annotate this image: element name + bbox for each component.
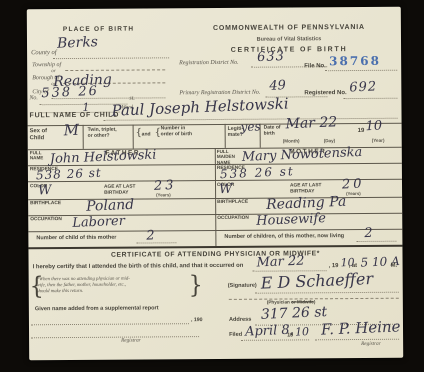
- registered-no-label: Registered No.: [304, 90, 346, 96]
- birth-date-value: Mar 22: [285, 114, 337, 132]
- legitimate-value: yes: [240, 119, 261, 134]
- registered-no-line: [343, 97, 397, 99]
- physician-section-title: CERTIFICATE OF ATTENDING PHYSICIAN OR MI…: [65, 250, 365, 259]
- father-name-label: FULL NAME: [30, 150, 50, 161]
- registration-district-value: 633: [257, 49, 285, 65]
- registrar-signature-line-right: [315, 338, 399, 341]
- mother-color-value: W: [219, 182, 233, 198]
- physician-sublabel-text: (Physician: [267, 299, 291, 304]
- registrar-signature-value: F. P. Heine: [321, 317, 401, 338]
- father-birthplace-label: BIRTHPLACE: [30, 201, 61, 206]
- signature-label: (Signature): [228, 283, 257, 289]
- mother-occupation-value: Housewife: [256, 211, 326, 229]
- birth-date-label: Date of birth: [264, 126, 286, 138]
- filed-label: Filed: [229, 332, 242, 338]
- at-label: , at: [349, 263, 358, 269]
- registrar-label-left: Registrar: [121, 338, 141, 344]
- sex-label: Sex of Child: [30, 128, 60, 142]
- birth-order-label: Number in order of birth: [161, 126, 197, 138]
- birth-year-value: 10: [365, 119, 382, 135]
- child-number-label: Number of child of this mother: [36, 235, 116, 242]
- sex-value: M: [63, 121, 79, 140]
- father-occupation-value: Laborer: [72, 214, 125, 231]
- father-residence-value: 538 26 st: [36, 166, 102, 183]
- mother-birthplace-value: Reading Pa: [266, 194, 347, 213]
- commonwealth-heading: COMMONWEALTH OF PENNSYLVANIA: [189, 24, 389, 32]
- footnote-line-1: *When there was no attending physician o…: [37, 277, 130, 283]
- signature-line: [255, 291, 399, 294]
- house-no-label: No.: [29, 95, 38, 101]
- footnote-line-2: wife, then the father, mother, household…: [37, 283, 126, 289]
- year-prefix: 19: [358, 128, 365, 134]
- mother-years-sublabel: (Years): [346, 191, 361, 196]
- footnote-line-3: should make this return.: [37, 289, 84, 294]
- occurred-date-value: Mar 22: [256, 254, 305, 271]
- physician-signature-value: E D Schaeffer: [260, 269, 373, 293]
- mother-birthplace-label: BIRTHPLACE: [217, 200, 248, 205]
- primary-district-value: 49: [269, 78, 286, 94]
- twin-label: Twin, triplet, or other?: [88, 128, 122, 140]
- supplemental-year-suffix: , 190: [191, 317, 203, 323]
- father-birthplace-value: Poland: [86, 197, 135, 215]
- father-color-value: W: [38, 183, 52, 199]
- file-no-label: File No.: [304, 63, 326, 69]
- children-living-line: [356, 240, 396, 242]
- scanned-birth-certificate: PLACE OF BIRTH COMMONWEALTH OF PENNSYLVA…: [0, 0, 424, 372]
- and-label: and: [142, 131, 151, 137]
- place-of-birth-heading: PLACE OF BIRTH: [63, 26, 134, 33]
- month-sublabel: (Month): [283, 138, 300, 143]
- registrar-signature-line-left: [31, 335, 199, 338]
- filed-line: [241, 338, 309, 340]
- children-living-label: Number of children, of this mother, now …: [224, 233, 344, 240]
- file-no-value: 38768: [329, 54, 381, 68]
- supplemental-report-label: Given name added from a supplemental rep…: [35, 305, 159, 312]
- rule: [28, 245, 402, 250]
- filed-year-value: 10: [295, 325, 310, 339]
- children-living-value: 2: [364, 226, 373, 241]
- house-number-value: 538 26: [41, 84, 99, 101]
- mother-name-label: FULL MAIDEN NAME: [217, 149, 241, 165]
- certificate-paper: PLACE OF BIRTH COMMONWEALTH OF PENNSYLVA…: [27, 7, 403, 361]
- rule: [83, 125, 84, 149]
- child-number-line: [136, 241, 176, 243]
- county-line: [53, 56, 169, 59]
- file-no-line: [325, 69, 397, 72]
- meridiem-label: M.: [391, 263, 398, 269]
- father-occupation-label: OCCUPATION: [30, 217, 62, 222]
- supplemental-date-line: [31, 322, 189, 325]
- certificate-heading: CERTIFICATE OF BIRTH: [189, 46, 389, 54]
- footnote-brace-right: }: [189, 272, 203, 300]
- rule: [133, 125, 134, 149]
- registered-no-value: 692: [349, 79, 377, 95]
- bureau-heading: Bureau of Vital Statistics: [189, 36, 389, 43]
- rule: [225, 124, 226, 148]
- mother-age-label: AGE AT LAST BIRTHDAY: [290, 183, 334, 194]
- mother-occupation-label: OCCUPATION: [217, 216, 249, 221]
- year-sublabel: (Year): [372, 138, 385, 143]
- county-label: County of: [31, 49, 57, 56]
- day-sublabel: (Day): [324, 138, 336, 143]
- midwife-strikethrough-text: or Midwife: [291, 299, 314, 304]
- father-age-label: AGE AT LAST BIRTHDAY: [104, 184, 148, 195]
- occurred-year-prefix: , 19: [329, 263, 339, 269]
- address-label: Address: [229, 317, 251, 323]
- certify-statement: I hereby certify that I attended the bir…: [33, 263, 244, 270]
- county-value: Berks: [57, 34, 99, 52]
- township-label: Township of: [32, 62, 61, 68]
- rule: [28, 123, 402, 127]
- registrar-label-right: Registrar: [361, 341, 381, 347]
- township-line: [65, 68, 165, 71]
- child-number-value: 2: [146, 228, 155, 243]
- father-years-sublabel: (Years): [156, 192, 171, 197]
- registration-district-label: Registration District No.: [179, 60, 239, 66]
- address-value: 317 26 st: [261, 304, 328, 323]
